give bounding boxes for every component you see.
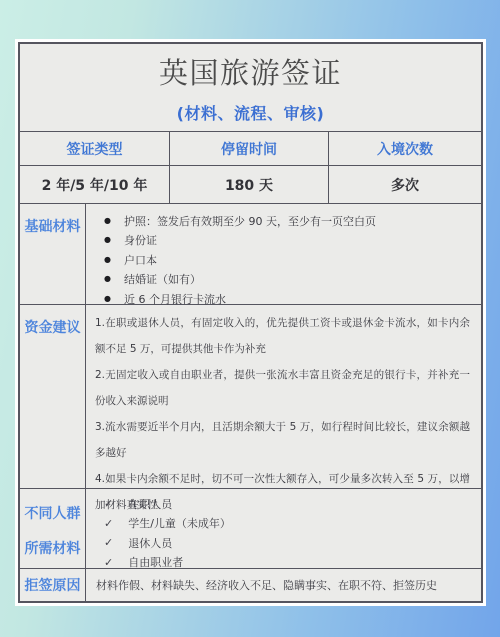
list-item: ✓ 学生/儿童（未成年）	[104, 514, 471, 534]
basic-materials-list: ● 护照：签发后有效期至少 90 天，至少有一页空白页 ● 身份证 ● 户口本 …	[86, 204, 481, 309]
section-label-line: 不同人群	[25, 503, 81, 523]
list-item-text: 学生/儿童（未成年）	[128, 515, 231, 531]
section-label-people-materials: 不同人群 所需材料	[20, 489, 86, 572]
list-item-text: 护照：签发后有效期至少 90 天，至少有一页空白页	[124, 213, 376, 229]
list-item-text: 自由职业者	[128, 554, 183, 570]
section-people-materials: 不同人群 所需材料 ✓ 在职人员 ✓ 学生/儿童（未成年） ✓ 退休人员 ✓ 自…	[20, 489, 481, 569]
bullet-icon: ●	[104, 295, 111, 303]
list-item: ● 结婚证（如有）	[104, 270, 471, 290]
bullet-icon: ●	[104, 236, 111, 244]
section-rejection-reasons: 拒签原因 材料作假、材料缺失、经济收入不足、隐瞒事实、在职不符、拒签历史	[20, 569, 481, 601]
funding-advice-text: 1.在职或退休人员，有固定收入的，优先提供工资卡或退休金卡流水，如卡内余额不足 …	[86, 305, 481, 518]
list-item-text: 户口本	[124, 252, 157, 268]
check-icon: ✓	[104, 556, 113, 569]
column-header-visa-type: 签证类型	[20, 132, 169, 165]
title-block: 英国旅游签证 (材料、流程、审核)	[20, 44, 481, 132]
check-icon: ✓	[104, 517, 113, 530]
section-basic-materials: 基础材料 ● 护照：签发后有效期至少 90 天，至少有一页空白页 ● 身份证 ●…	[20, 204, 481, 305]
value-visa-type: 2 年/5 年/10 年	[20, 166, 169, 203]
funding-advice-item: 1.在职或退休人员，有固定收入的，优先提供工资卡或退休金卡流水，如卡内余额不足 …	[95, 310, 470, 362]
page-subtitle: (材料、流程、审核)	[177, 101, 325, 124]
check-icon: ✓	[104, 497, 113, 510]
summary-table-values: 2 年/5 年/10 年 180 天 多次	[20, 166, 481, 204]
section-label-funding-advice: 资金建议	[20, 305, 86, 518]
list-item-text: 退休人员	[128, 535, 172, 551]
funding-advice-item: 3.流水需要近半个月内，且活期余额大于 5 万，如行程时间比较长，建议余额越多越…	[95, 414, 470, 466]
bullet-icon: ●	[104, 275, 111, 283]
column-header-entry-count: 入境次数	[328, 132, 481, 165]
check-icon: ✓	[104, 536, 113, 549]
value-stay-duration: 180 天	[169, 166, 328, 203]
list-item: ● 护照：签发后有效期至少 90 天，至少有一页空白页	[104, 211, 471, 231]
summary-table-header: 签证类型 停留时间 入境次数	[20, 132, 481, 166]
list-item: ✓ 在职人员	[104, 494, 471, 514]
bullet-icon: ●	[104, 217, 111, 225]
section-label-rejection-reasons: 拒签原因	[20, 569, 86, 601]
list-item: ● 身份证	[104, 231, 471, 251]
column-header-stay-duration: 停留时间	[169, 132, 328, 165]
list-item-text: 身份证	[124, 232, 157, 248]
list-item: ● 户口本	[104, 250, 471, 270]
page-background: { "header": { "title": "英国旅游签证", "subtit…	[0, 0, 500, 637]
section-funding-advice: 资金建议 1.在职或退休人员，有固定收入的，优先提供工资卡或退休金卡流水，如卡内…	[20, 305, 481, 489]
people-materials-list: ✓ 在职人员 ✓ 学生/儿童（未成年） ✓ 退休人员 ✓ 自由职业者	[86, 489, 481, 572]
list-item: ✓ 退休人员	[104, 533, 471, 553]
visa-infographic-card: 英国旅游签证 (材料、流程、审核) 签证类型 停留时间 入境次数 2 年/5 年…	[18, 42, 483, 603]
value-entry-count: 多次	[328, 166, 481, 203]
bullet-icon: ●	[104, 256, 111, 264]
funding-advice-item: 2.无固定收入或自由职业者，提供一张流水丰富且资金充足的银行卡，并补充一份收入来…	[95, 362, 470, 414]
section-label-line: 所需材料	[25, 538, 81, 558]
rejection-reasons-text: 材料作假、材料缺失、经济收入不足、隐瞒事实、在职不符、拒签历史	[86, 569, 481, 601]
page-title: 英国旅游签证	[159, 51, 342, 92]
section-label-basic-materials: 基础材料	[20, 204, 86, 309]
list-item-text: 结婚证（如有）	[124, 271, 201, 287]
list-item-text: 在职人员	[128, 496, 172, 512]
